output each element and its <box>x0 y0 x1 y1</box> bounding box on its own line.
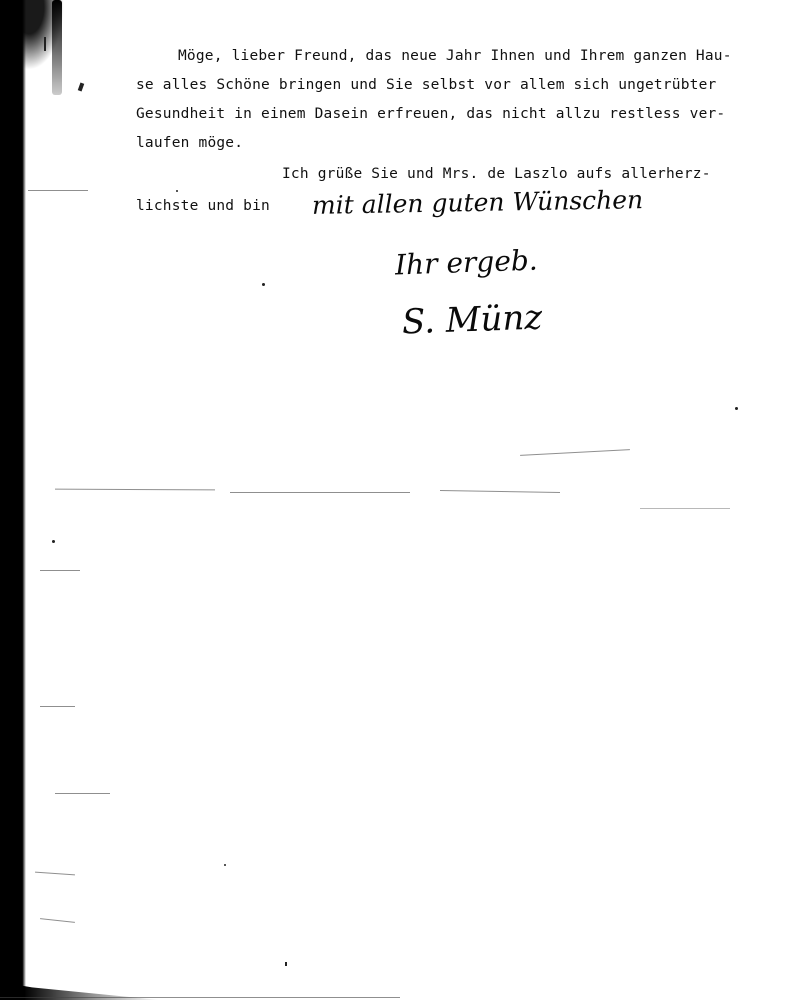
ink-speck <box>285 962 287 966</box>
handwritten-signature: S. Münz <box>401 298 543 343</box>
letter-line-4: laufen möge. <box>136 135 243 151</box>
crease-mark <box>520 449 630 456</box>
crease-mark <box>40 570 80 571</box>
crease-mark <box>28 190 88 191</box>
crease-mark <box>35 872 75 876</box>
letter-line-2: se alles Schöne bringen und Sie selbst v… <box>136 77 716 93</box>
ink-speck <box>262 283 265 286</box>
crease-mark <box>55 793 110 794</box>
crease-mark <box>40 706 75 707</box>
scan-binding-edge <box>0 0 22 1000</box>
crease-mark <box>640 508 730 509</box>
ink-speck <box>224 864 226 866</box>
crease-mark <box>55 489 215 491</box>
crease-mark <box>230 492 410 493</box>
scanned-letter-page: Möge, lieber Freund, das neue Jahr Ihnen… <box>0 0 798 1000</box>
handwritten-closing: Ihr ergeb. <box>394 244 538 282</box>
crease-mark <box>40 918 75 923</box>
ink-speck <box>735 407 738 410</box>
ink-speck <box>78 83 84 92</box>
scan-binding-edge-lip <box>20 0 26 1000</box>
letter-line-6: lichste und bin <box>136 198 270 214</box>
letter-line-3: Gesundheit in einem Dasein erfreuen, das… <box>136 106 725 122</box>
letter-line-5: Ich grüße Sie und Mrs. de Laszlo aufs al… <box>282 166 711 182</box>
ink-speck <box>52 540 55 543</box>
ink-speck <box>44 37 46 51</box>
letter-line-1: Möge, lieber Freund, das neue Jahr Ihnen… <box>178 48 732 64</box>
handwritten-wishes: mit allen guten Wünschen <box>312 185 644 220</box>
ink-speck <box>176 190 178 192</box>
scan-bottom-edge <box>0 997 400 998</box>
crease-mark <box>440 490 560 493</box>
scan-margin-shadow <box>52 0 62 95</box>
